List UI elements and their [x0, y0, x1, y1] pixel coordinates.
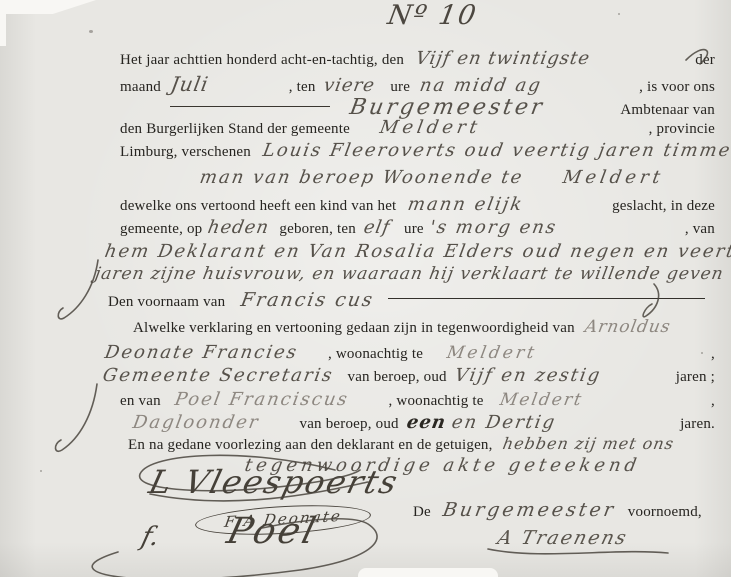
entry-witness1-name: Deonate Francies [103, 342, 300, 363]
margin-flourish [58, 260, 98, 319]
form-line-municipality: den Burgerlijken Stand der gemeente Meld… [120, 117, 715, 138]
form-line-child-name: Den voornaam van Francis cus [108, 289, 715, 311]
entry-witness2-residence: Meldert [498, 390, 584, 410]
form-line-witnesses-intro: Alwelke verklaring en vertooning gedaan … [133, 317, 715, 337]
printed-text: maand [120, 79, 161, 96]
form-line-month-hour: maand Juli , ten viere ure na midd ag , … [120, 72, 715, 96]
entry-mother: hem Deklarant en Van Rosalia Elders oud … [103, 241, 731, 262]
form-line-witness1-occupation: Gemeente Secretaris van beroep, oud Vijf… [103, 365, 715, 386]
act-number: Nº 10 [385, 0, 480, 31]
printed-text: , woonachtig te [328, 346, 423, 363]
form-line-date: Het jaar achttien honderd acht-en-tachti… [120, 48, 715, 69]
entry-witness1-firstname: Arnoldus [583, 317, 672, 337]
printed-text: , [711, 393, 715, 410]
printed-text: gemeente, op [120, 221, 202, 238]
paper-edge-top-left [0, 0, 96, 14]
entry-daypart: na midd ag [418, 75, 544, 96]
printed-text: van beroep, oud [348, 369, 447, 386]
paper-edge-bottom [358, 568, 498, 577]
entry-month: Juli [169, 72, 211, 96]
entry-gender: mann elijk [407, 194, 526, 215]
printed-text: Het jaar achttien honderd acht-en-tachti… [120, 52, 408, 69]
blank-line-stroke [170, 106, 330, 107]
scanned-birth-certificate: Nº 10 Het jaar achttien honderd acht-en-… [0, 0, 731, 577]
entry-witness1-residence: Meldert [445, 343, 538, 363]
printed-text: ure [404, 221, 424, 238]
entry-declarant-name-age: Louis Fleeroverts oud veertig jaren timm… [261, 140, 731, 161]
entry-witness1-occupation: Gemeente Secretaris [101, 365, 335, 386]
printed-text: voornoemd, [628, 504, 702, 521]
printed-text: , provincie [649, 121, 715, 138]
witness2-signature-initial: f. [138, 522, 162, 552]
printed-text: jaren. [680, 416, 715, 433]
form-line-declarant: Limburg, verschenen Louis Fleeroverts ou… [120, 140, 715, 161]
signature-underline [488, 549, 668, 554]
entry-residence: Meldert [562, 167, 667, 188]
entry-birth-daypart: 's morg ens [428, 217, 559, 238]
printed-text: den Burgerlijken Stand der gemeente [120, 121, 350, 138]
margin-flourish [55, 384, 97, 451]
entry-day: Vijf en twintigste [414, 48, 592, 69]
printed-text: En na gedane voorlezing aan den deklaran… [128, 437, 493, 454]
printed-text: , is voor ons [639, 79, 715, 96]
witness2-signature: Poel [223, 511, 322, 552]
printed-text: , van [685, 221, 715, 238]
printed-text: van beroep, oud [300, 416, 399, 433]
printed-text: dewelke ons vertoond heeft een kind van … [120, 198, 396, 215]
printed-text: , ten [289, 79, 316, 96]
entry-municipality: Meldert [378, 117, 483, 138]
entry-occupation-residence: man van beroep Woonende te [198, 167, 525, 188]
form-line-witness1: Deonate Francies , woonachtig te Meldert… [105, 342, 715, 363]
ink-speck [40, 470, 42, 472]
ink-speck [618, 13, 620, 15]
printed-text: der [695, 52, 715, 69]
form-line-birth: gemeente, op heden geboren, ten elf ure … [120, 217, 715, 238]
printed-text: Den voornaam van [108, 294, 225, 311]
entry-mother-continued: jaren zijne huisvrouw, en waaraan hij ve… [93, 264, 725, 284]
mayor-closing-line: De Burgemeester voornoemd, [413, 499, 702, 521]
printed-text: ure [390, 79, 410, 96]
printed-text: De [413, 504, 431, 521]
printed-text: Limburg, verschenen [120, 144, 251, 161]
entry-official-title-closing: Burgemeester [441, 499, 618, 521]
form-line-witness2: en van Poel Franciscus , woonachtig te M… [120, 389, 715, 410]
entry-hour: viere [322, 75, 377, 96]
entry-witness1-age: Vijf en zestig [453, 365, 603, 386]
printed-text: geslacht, in deze [612, 198, 715, 215]
entry-birth-day: heden [207, 217, 272, 238]
form-line-gender: dewelke ons vertoond heeft een kind van … [120, 194, 715, 215]
ink-speck [89, 30, 93, 33]
form-line-mother-cont: jaren zijne huisvrouw, en waaraan hij ve… [95, 264, 715, 284]
printed-text: geboren, ten [279, 221, 356, 238]
entry-child-name: Francis cus [239, 289, 376, 311]
entry-closing-phrase: hebben zij met ons [501, 434, 675, 453]
form-line-witness2-occupation: Dagloonder van beroep, oud een en Dertig… [133, 412, 715, 433]
printed-text: , [711, 346, 715, 363]
declarant-signature: L Vleespoerts [145, 463, 403, 501]
mayor-signature: A Traenens [495, 527, 630, 549]
form-line-occupation: man van beroep Woonende te Meldert [200, 167, 715, 188]
entry-birth-hour: elf [362, 217, 392, 238]
printed-text: , woonachtig te [389, 393, 484, 410]
paper-edge-left [0, 0, 6, 46]
printed-text: jaren ; [676, 369, 715, 386]
printed-text: Alwelke verklaring en vertooning gedaan … [133, 320, 575, 337]
entry-witness2-name: Poel Franciscus [173, 389, 350, 410]
entry-witness2-age-units: een [405, 412, 448, 433]
printed-text: en van [120, 393, 161, 410]
entry-witness2-occupation: Dagloonder [131, 412, 261, 433]
entry-witness2-age-tens: en Dertig [450, 412, 558, 433]
blank-line-stroke [388, 298, 705, 299]
form-line-closing: En na gedane voorlezing aan den deklaran… [128, 434, 715, 454]
form-line-mother: hem Deklarant en Van Rosalia Elders oud … [105, 241, 715, 262]
